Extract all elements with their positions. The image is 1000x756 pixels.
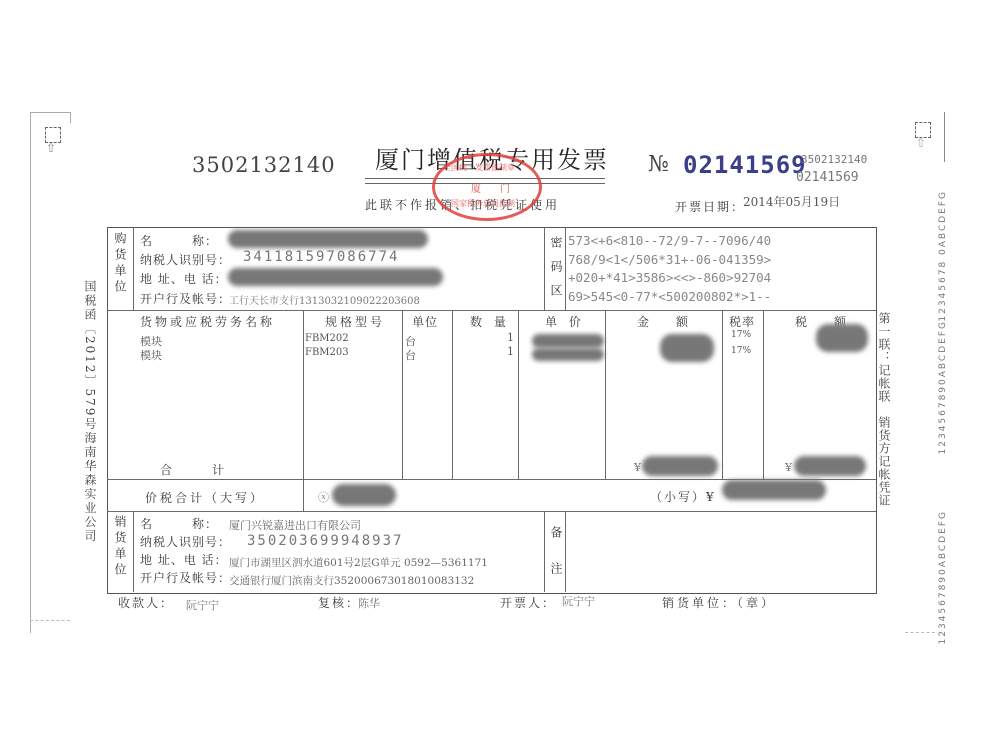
total-tax-prefix: ¥ <box>785 461 792 474</box>
col-header-amount: 金 额 <box>637 313 689 330</box>
col-header-unit: 单位 <box>412 313 438 330</box>
stamp-mid-text: 厦 门 <box>471 180 518 195</box>
cipher-line: 768/9<1</506*31+-06-041359> <box>568 251 771 270</box>
item-row-2-unit: 台 <box>405 347 416 363</box>
cipher-left-divider <box>544 227 545 310</box>
item-row-1-qty: 1 <box>507 331 514 344</box>
buyer-name-redacted <box>228 230 428 248</box>
remarks-label-divider <box>565 511 566 592</box>
item-row-1-tax-redacted <box>816 324 868 352</box>
seller-name-label: 名 称： <box>140 515 218 532</box>
reviewer-label: 复核： <box>318 594 360 611</box>
seller-address-label: 地 址、电 话： <box>140 551 228 568</box>
buyer-address-label: 地 址、电 话： <box>140 270 228 287</box>
grand-total-uppercase-prefix: ⓧ <box>318 489 329 505</box>
total-amount-redacted <box>642 456 718 476</box>
total-label: 合 计 <box>160 461 225 478</box>
grand-total-uppercase-redacted <box>332 484 396 506</box>
invoice-code-small: 3502132140 <box>801 153 867 166</box>
invoice-code: 3502132140 <box>192 153 336 177</box>
issuer-label: 开票人： <box>500 594 556 611</box>
number-symbol: № <box>648 152 669 177</box>
col-divider-rate <box>722 310 723 479</box>
item-row-2-price-redacted <box>532 348 604 361</box>
col-divider-spec <box>303 310 304 479</box>
col-header-qty: 数 量 <box>470 313 510 330</box>
buyer-section-label: 购货单位 <box>111 232 129 296</box>
item-row-2-spec: FBM203 <box>305 347 349 358</box>
col-header-price: 单 价 <box>545 313 585 330</box>
payee-value: 阮宁宁 <box>186 597 219 613</box>
buyer-bank-value: 工行天长市支行1313032109022203608 <box>229 292 420 307</box>
invoice-number-small: 02141569 <box>796 170 859 185</box>
buyer-tax-id-value: 341181597086774 <box>243 249 399 265</box>
invoice-number: 02141569 <box>683 151 807 179</box>
right-margin-line <box>944 112 945 162</box>
grand-total-label: 价税合计（大写） <box>145 489 265 506</box>
item-row-1-amount-redacted <box>660 334 714 362</box>
item-row-1-rate: 17% <box>731 330 751 340</box>
divider-total-seller <box>107 511 876 512</box>
left-crop-mark-corner <box>30 112 71 123</box>
col-divider-amount <box>605 310 606 479</box>
cipher-line: +020+*41>3586><<>-860>92704 <box>568 269 771 288</box>
col-divider-price <box>518 310 519 479</box>
col-divider-unit <box>402 310 403 479</box>
buyer-name-label: 名 称： <box>140 232 218 249</box>
item-row-1-spec: FBM202 <box>305 333 349 344</box>
bottom-crop-mark <box>30 620 70 622</box>
col-divider-qty <box>452 310 453 479</box>
issuer-value: 阮宁宁 <box>562 593 595 609</box>
remarks-label: 备注 <box>548 526 565 598</box>
seller-label-divider <box>133 511 134 592</box>
buyer-tax-id-label: 纳税人识别号： <box>140 251 231 268</box>
total-tax-redacted <box>794 456 866 476</box>
left-crop-mark <box>30 112 51 633</box>
col-divider-tax <box>763 310 764 479</box>
col-header-name: 货物或应税劳务名称 <box>140 313 275 330</box>
stamp-top-text: 全国统一发票监制章 <box>443 162 515 173</box>
seller-address-value: 厦门市湖里区泗水道601号2层G单元 0592—5361171 <box>229 555 488 570</box>
right-side-text: 第一联：记帐联 销货方记帐凭证 <box>877 312 891 507</box>
cipher-label: 密码区 <box>548 236 565 308</box>
official-stamp: 全国统一发票监制章 厦 门 国家税务总局监制 <box>432 153 542 221</box>
left-side-text: 国税函〔2012〕579号海南华森实业公司 <box>82 280 99 543</box>
total-amount-prefix: ¥ <box>634 461 641 474</box>
bottom-right-crop-mark <box>905 632 935 634</box>
seller-tax-id-label: 纳税人识别号： <box>140 533 231 550</box>
margin-strip-3: 1234567890ABCDEFG <box>938 510 948 645</box>
payee-label: 收款人： <box>118 594 174 611</box>
divider-buyer-items <box>107 310 876 311</box>
item-row-2-qty: 1 <box>507 345 514 358</box>
buyer-bank-label: 开户行及帐号： <box>140 290 231 307</box>
buyer-label-divider <box>133 227 134 310</box>
cipher-line: 69>545<0-77*<500200802*>1-- <box>568 288 771 307</box>
col-header-rate: 税率 <box>729 313 755 330</box>
grand-total-lowercase-redacted <box>722 480 826 500</box>
reviewer-value: 陈华 <box>358 595 380 611</box>
stamp-bottom-text: 国家税务总局监制 <box>451 198 515 209</box>
grand-total-lowercase-label: （小写）¥ <box>650 488 716 505</box>
item-row-1-price-redacted <box>532 334 604 348</box>
right-arrow-up-icon: ⇧ <box>916 136 926 150</box>
margin-strip-2: 1234567890ABCDEFG <box>938 320 948 455</box>
cipher-label-divider <box>565 227 566 310</box>
seller-stamp-label: 销货单位：（章） <box>662 594 776 611</box>
cipher-line: 573<+6<810--72/9-7--7096/40 <box>568 232 771 251</box>
left-arrow-up-icon: ⇧ <box>46 141 56 155</box>
item-row-2-rate: 17% <box>731 346 751 356</box>
seller-tax-id-value: 350203699948937 <box>247 533 403 549</box>
grand-total-label-divider <box>303 479 304 511</box>
col-header-spec: 规格型号 <box>325 313 385 330</box>
seller-bank-label: 开户行及帐号： <box>140 569 231 586</box>
remarks-left-divider <box>544 511 545 592</box>
buyer-address-redacted <box>228 268 443 286</box>
seller-bank-value: 交通银行厦门滨南支行352000673018010083132 <box>229 573 474 588</box>
item-row-2-name: 模块 <box>140 347 162 363</box>
date-value: 2014年05月19日 <box>743 193 840 210</box>
margin-strip-1: 12345678 0ABCDEFG <box>938 190 948 322</box>
seller-name-value: 厦门兴锐嘉进出口有限公司 <box>229 517 361 533</box>
cipher-content: 573<+6<810--72/9-7--7096/40 768/9<1</506… <box>568 232 771 306</box>
date-label: 开票日期： <box>675 198 745 215</box>
seller-section-label: 销货单位 <box>111 515 129 579</box>
